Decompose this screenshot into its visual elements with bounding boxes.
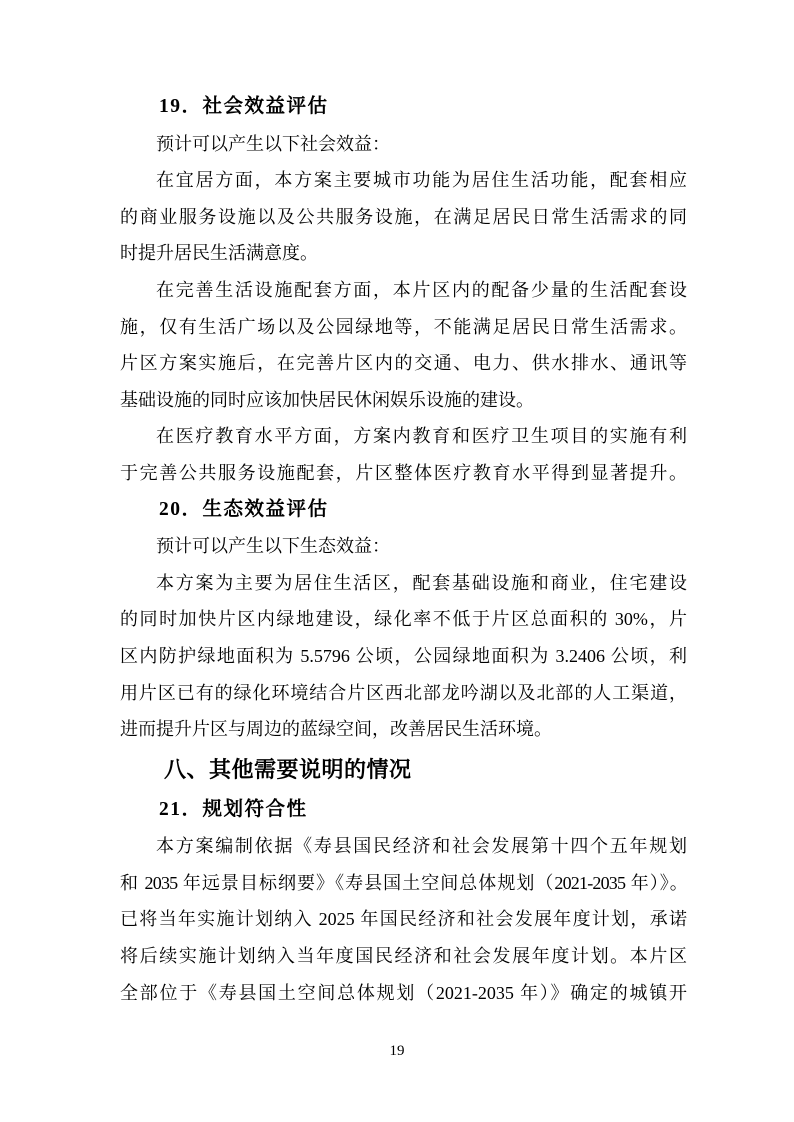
heading-19-social-benefit: 19．社会效益评估 [120, 89, 687, 126]
body-line: 用片区已有的绿化环境结合片区西北部龙吟湖以及北部的人工渠道， [120, 675, 687, 712]
body-line: 预计可以产生以下社会效益： [120, 126, 687, 163]
body-line: 全部位于《寿县国土空间总体规划（2021-2035 年）》确定的城镇开 [120, 975, 687, 1012]
document-page: 19．社会效益评估 预计可以产生以下社会效益： 在宜居方面，本方案主要城市功能为… [0, 0, 794, 1122]
page-body: 19．社会效益评估 预计可以产生以下社会效益： 在宜居方面，本方案主要城市功能为… [0, 0, 794, 1011]
body-line: 将后续实施计划纳入当年度国民经济和社会发展年度计划。本片区 [120, 938, 687, 975]
body-line: 进而提升片区与周边的蓝绿空间，改善居民生活环境。 [120, 711, 687, 748]
heading-20-eco-benefit: 20．生态效益评估 [120, 492, 687, 529]
body-line: 在宜居方面，本方案主要城市功能为居住生活功能，配套相应 [120, 162, 687, 199]
body-line: 于完善公共服务设施配套，片区整体医疗教育水平得到显著提升。 [120, 455, 687, 492]
body-line: 已将当年实施计划纳入 2025 年国民经济和社会发展年度计划，承诺 [120, 901, 687, 938]
body-line: 片区方案实施后，在完善片区内的交通、电力、供水排水、通讯等 [120, 345, 687, 382]
body-line: 施，仅有生活广场以及公园绿地等，不能满足居民日常生活需求。 [120, 309, 687, 346]
body-line: 在医疗教育水平方面，方案内教育和医疗卫生项目的实施有利 [120, 418, 687, 455]
body-line: 预计可以产生以下生态效益： [120, 528, 687, 565]
body-line: 区内防护绿地面积为 5.5796 公顷，公园绿地面积为 3.2406 公顷，利 [120, 638, 687, 675]
body-line: 基础设施的同时应该加快居民休闲娱乐设施的建设。 [120, 382, 687, 419]
body-line: 本方案编制依据《寿县国民经济和社会发展第十四个五年规划 [120, 828, 687, 865]
body-line: 的商业服务设施以及公共服务设施，在满足居民日常生活需求的同 [120, 199, 687, 236]
page-footer: 19 [0, 1042, 794, 1060]
heading-21-planning: 21．规划符合性 [120, 792, 687, 829]
heading-section-8-other: 八、其他需要说明的情况 [120, 748, 687, 792]
page-number: 19 [390, 1043, 405, 1059]
body-line: 和 2035 年远景目标纲要》《寿县国土空间总体规划（2021-2035 年）》… [120, 865, 687, 902]
body-line: 时提升居民生活满意度。 [120, 235, 687, 272]
body-line: 本方案为主要为居住生活区，配套基础设施和商业，住宅建设 [120, 565, 687, 602]
body-line: 在完善生活设施配套方面，本片区内的配备少量的生活配套设 [120, 272, 687, 309]
body-line: 的同时加快片区内绿地建设，绿化率不低于片区总面积的 30%，片 [120, 601, 687, 638]
